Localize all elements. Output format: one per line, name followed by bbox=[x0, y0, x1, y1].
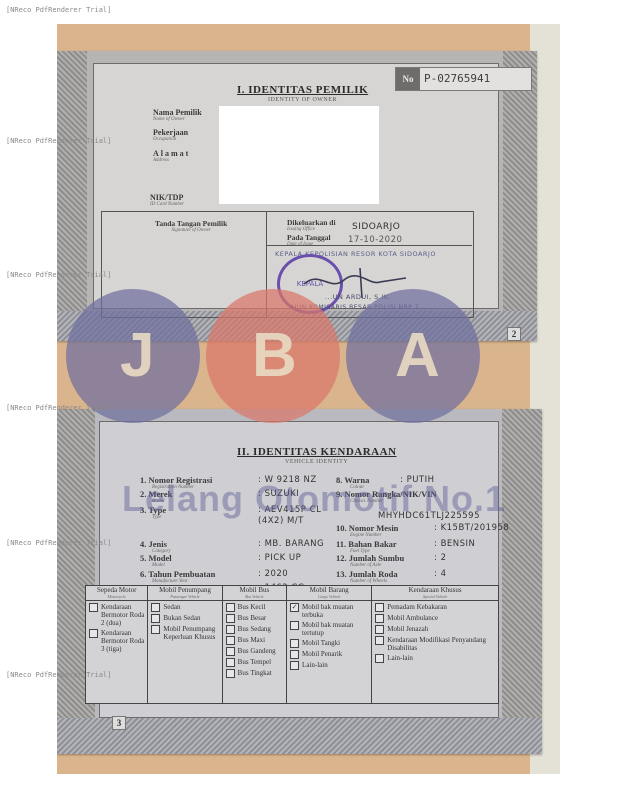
trial-watermark: [NReco PdfRenderer Trial] bbox=[6, 404, 111, 412]
checkbox-icon bbox=[290, 650, 299, 659]
category-column: Mobil BarangCargo Vehicle✓Mobil bak muat… bbox=[287, 586, 372, 703]
number-label: No bbox=[396, 68, 420, 90]
checkbox-icon bbox=[226, 614, 235, 623]
category-option-label: Mobil bak muatan tertutup bbox=[302, 621, 369, 637]
category-option-label: Kendaraan Bermotor Roda 3 (tiga) bbox=[101, 629, 145, 653]
vehicle-field-label: 10. Nomor MesinEngine Number bbox=[336, 523, 398, 538]
category-option: Kendaraan Bermotor Roda 3 (tiga) bbox=[89, 629, 145, 653]
security-pattern bbox=[57, 51, 87, 341]
category-option: Mobil Penarik bbox=[290, 650, 369, 659]
checkbox-icon bbox=[375, 654, 384, 663]
checkbox-icon bbox=[290, 639, 299, 648]
category-option: Bus Gandeng bbox=[226, 647, 284, 656]
category-option-label: Mobil Ambulance bbox=[387, 614, 438, 622]
address-label: AlamatAddress bbox=[153, 149, 190, 163]
category-option-label: Mobil Penarik bbox=[302, 650, 342, 658]
security-pattern bbox=[503, 51, 537, 341]
category-option: Kendaraan Modifikasi Penyandang Disabili… bbox=[375, 636, 496, 652]
checkbox-icon bbox=[375, 614, 384, 623]
vehicle-field-value: : MB. BARANG bbox=[258, 539, 324, 549]
checkbox-icon bbox=[226, 669, 235, 678]
vehicle-field-label: 6. Tahun PembuatanManufacture Year bbox=[140, 569, 215, 584]
checkbox-icon bbox=[290, 661, 299, 670]
category-option: Mobil Penumpang Keperluan Khusus bbox=[151, 625, 219, 641]
category-option: Lain-lain bbox=[375, 654, 496, 663]
vehicle-category-table: Sepeda MotorMotorcycleKendaraan Bermotor… bbox=[85, 585, 499, 704]
checkbox-icon bbox=[151, 625, 160, 634]
vehicle-field-value: : PICK UP bbox=[258, 553, 301, 563]
vehicle-field-value: : 2 bbox=[434, 553, 447, 563]
category-option-label: Mobil bak muatan terbuka bbox=[302, 603, 369, 619]
category-option: Sedan bbox=[151, 603, 219, 612]
category-column: Kendaraan KhususSpecial VehiclePemadam K… bbox=[372, 586, 498, 703]
issue-date-value: 17-10-2020 bbox=[348, 235, 402, 245]
checkbox-icon bbox=[226, 603, 235, 612]
logo-letter-b: B bbox=[252, 320, 297, 391]
security-pattern bbox=[502, 409, 542, 754]
checkbox-icon bbox=[375, 625, 384, 634]
category-column: Mobil BusBus VehicleBus KecilBus BesarBu… bbox=[223, 586, 287, 703]
category-option: Lain-lain bbox=[290, 661, 369, 670]
category-option-label: Mobil Penumpang Keperluan Khusus bbox=[163, 625, 219, 641]
category-option-label: Bus Besar bbox=[238, 614, 267, 622]
vehicle-section-title: II. IDENTITAS KENDARAAN bbox=[237, 446, 397, 458]
category-option: Mobil Ambulance bbox=[375, 614, 496, 623]
category-option-label: Bus Gandeng bbox=[238, 647, 276, 655]
category-option: Bus Tingkat bbox=[226, 669, 284, 678]
category-option-label: Mobil Tangki bbox=[302, 639, 340, 647]
checkbox-icon bbox=[226, 658, 235, 667]
category-option-label: Bus Maxi bbox=[238, 636, 265, 644]
category-option: Bus Maxi bbox=[226, 636, 284, 645]
page-number: 3 bbox=[112, 716, 126, 730]
vehicle-field-value: : 4 bbox=[434, 569, 447, 579]
category-option-label: Bus Tempel bbox=[238, 658, 271, 666]
category-option: Bus Sedang bbox=[226, 625, 284, 634]
vehicle-field-label: 4. JenisCategory bbox=[140, 539, 171, 554]
category-header: Mobil PenumpangPassenger Vehicle bbox=[148, 586, 221, 601]
vehicle-field-label: 13. Jumlah RodaNumber of Wheels bbox=[336, 569, 398, 584]
checkbox-icon bbox=[226, 625, 235, 634]
checkbox-icon bbox=[375, 603, 384, 612]
category-option-label: Kendaraan Modifikasi Penyandang Disabili… bbox=[387, 636, 496, 652]
category-option: Mobil Tangki bbox=[290, 639, 369, 648]
category-option-label: Pemadam Kebakaran bbox=[387, 603, 447, 611]
owner-section-title: I. IDENTITAS PEMILIK bbox=[237, 84, 368, 96]
vehicle-field-label: 5. ModelModel bbox=[140, 553, 172, 568]
category-option-label: Lain-lain bbox=[302, 661, 328, 669]
category-column: Sepeda MotorMotorcycleKendaraan Bermotor… bbox=[86, 586, 148, 703]
page-number: 2 bbox=[507, 327, 521, 341]
nik-label: NIK/TDPID Card Number bbox=[150, 193, 184, 207]
document-number: P-02765941 bbox=[424, 72, 490, 85]
category-header: Kendaraan KhususSpecial Vehicle bbox=[372, 586, 498, 601]
checkbox-icon bbox=[151, 603, 160, 612]
category-option: Mobil Jenazah bbox=[375, 625, 496, 634]
category-option: Bukan Sedan bbox=[151, 614, 219, 623]
checkbox-icon bbox=[226, 636, 235, 645]
category-option: Bus Kecil bbox=[226, 603, 284, 612]
category-option-label: Mobil Jenazah bbox=[387, 625, 428, 633]
logo-letter-j: J bbox=[120, 320, 154, 391]
category-option: Pemadam Kebakaran bbox=[375, 603, 496, 612]
owner-signature-label: Tanda Tangan PemilikSignature of Owner bbox=[155, 219, 227, 233]
category-header: Sepeda MotorMotorcycle bbox=[86, 586, 147, 601]
category-option-label: Sedan bbox=[163, 603, 180, 611]
security-pattern bbox=[57, 718, 542, 754]
category-option-label: Lain-lain bbox=[387, 654, 413, 662]
checkbox-icon bbox=[151, 614, 160, 623]
category-header: Mobil BusBus Vehicle bbox=[223, 586, 286, 601]
vehicle-field-value: : 2020 bbox=[258, 569, 288, 579]
category-option-label: Bukan Sedan bbox=[163, 614, 200, 622]
category-option-label: Kendaraan Bermotor Roda 2 (dua) bbox=[101, 603, 145, 627]
vehicle-field-label: 11. Bahan BakarFuel Type bbox=[336, 539, 397, 554]
issuer-divider bbox=[266, 245, 472, 246]
trial-watermark: [NReco PdfRenderer Trial] bbox=[6, 539, 111, 547]
category-option-label: Bus Tingkat bbox=[238, 669, 272, 677]
checkbox-icon bbox=[375, 636, 384, 645]
checked-checkbox-icon: ✓ bbox=[290, 603, 299, 612]
trial-watermark: [NReco PdfRenderer Trial] bbox=[6, 271, 111, 279]
owner-name-label: Nama PemilikName of Owner bbox=[153, 108, 202, 122]
logo-letter-a: A bbox=[395, 320, 440, 391]
category-option-label: Bus Sedang bbox=[238, 625, 271, 633]
category-column: Mobil PenumpangPassenger VehicleSedanBuk… bbox=[148, 586, 222, 703]
category-option: Kendaraan Bermotor Roda 2 (dua) bbox=[89, 603, 145, 627]
checkbox-icon bbox=[89, 603, 98, 612]
trial-watermark: [NReco PdfRenderer Trial] bbox=[6, 137, 111, 145]
category-option: ✓Mobil bak muatan terbuka bbox=[290, 603, 369, 619]
checkbox-icon bbox=[89, 629, 98, 638]
redacted-owner-info bbox=[219, 106, 379, 204]
vehicle-field-value: : BENSIN bbox=[434, 539, 475, 549]
owner-section-subtitle: IDENTITY OF OWNER bbox=[268, 97, 337, 103]
trial-watermark: [NReco PdfRenderer Trial] bbox=[6, 671, 111, 679]
category-option: Bus Besar bbox=[226, 614, 284, 623]
checkbox-icon bbox=[226, 647, 235, 656]
vehicle-field-label: 12. Jumlah SumbuNumber of Axle bbox=[336, 553, 404, 568]
category-option-label: Bus Kecil bbox=[238, 603, 266, 611]
issued-at-label: Dikeluarkan diIssuing Office bbox=[287, 218, 336, 232]
watermark-text: Lelang Otomotif No.1 bbox=[122, 478, 506, 520]
vehicle-field-value: : K15BT/201958 bbox=[434, 523, 509, 533]
checkbox-icon bbox=[290, 621, 299, 630]
vehicle-section-subtitle: VEHICLE IDENTITY bbox=[285, 459, 348, 465]
category-header: Mobil BarangCargo Vehicle bbox=[287, 586, 371, 601]
trial-watermark: [NReco PdfRenderer Trial] bbox=[6, 6, 111, 14]
document-number-box: No P-02765941 bbox=[395, 67, 532, 91]
issued-at-value: SIDOARJO bbox=[352, 222, 400, 232]
category-option: Bus Tempel bbox=[226, 658, 284, 667]
occupation-label: PekerjaanOccupation bbox=[153, 128, 188, 142]
category-option: Mobil bak muatan tertutup bbox=[290, 621, 369, 637]
